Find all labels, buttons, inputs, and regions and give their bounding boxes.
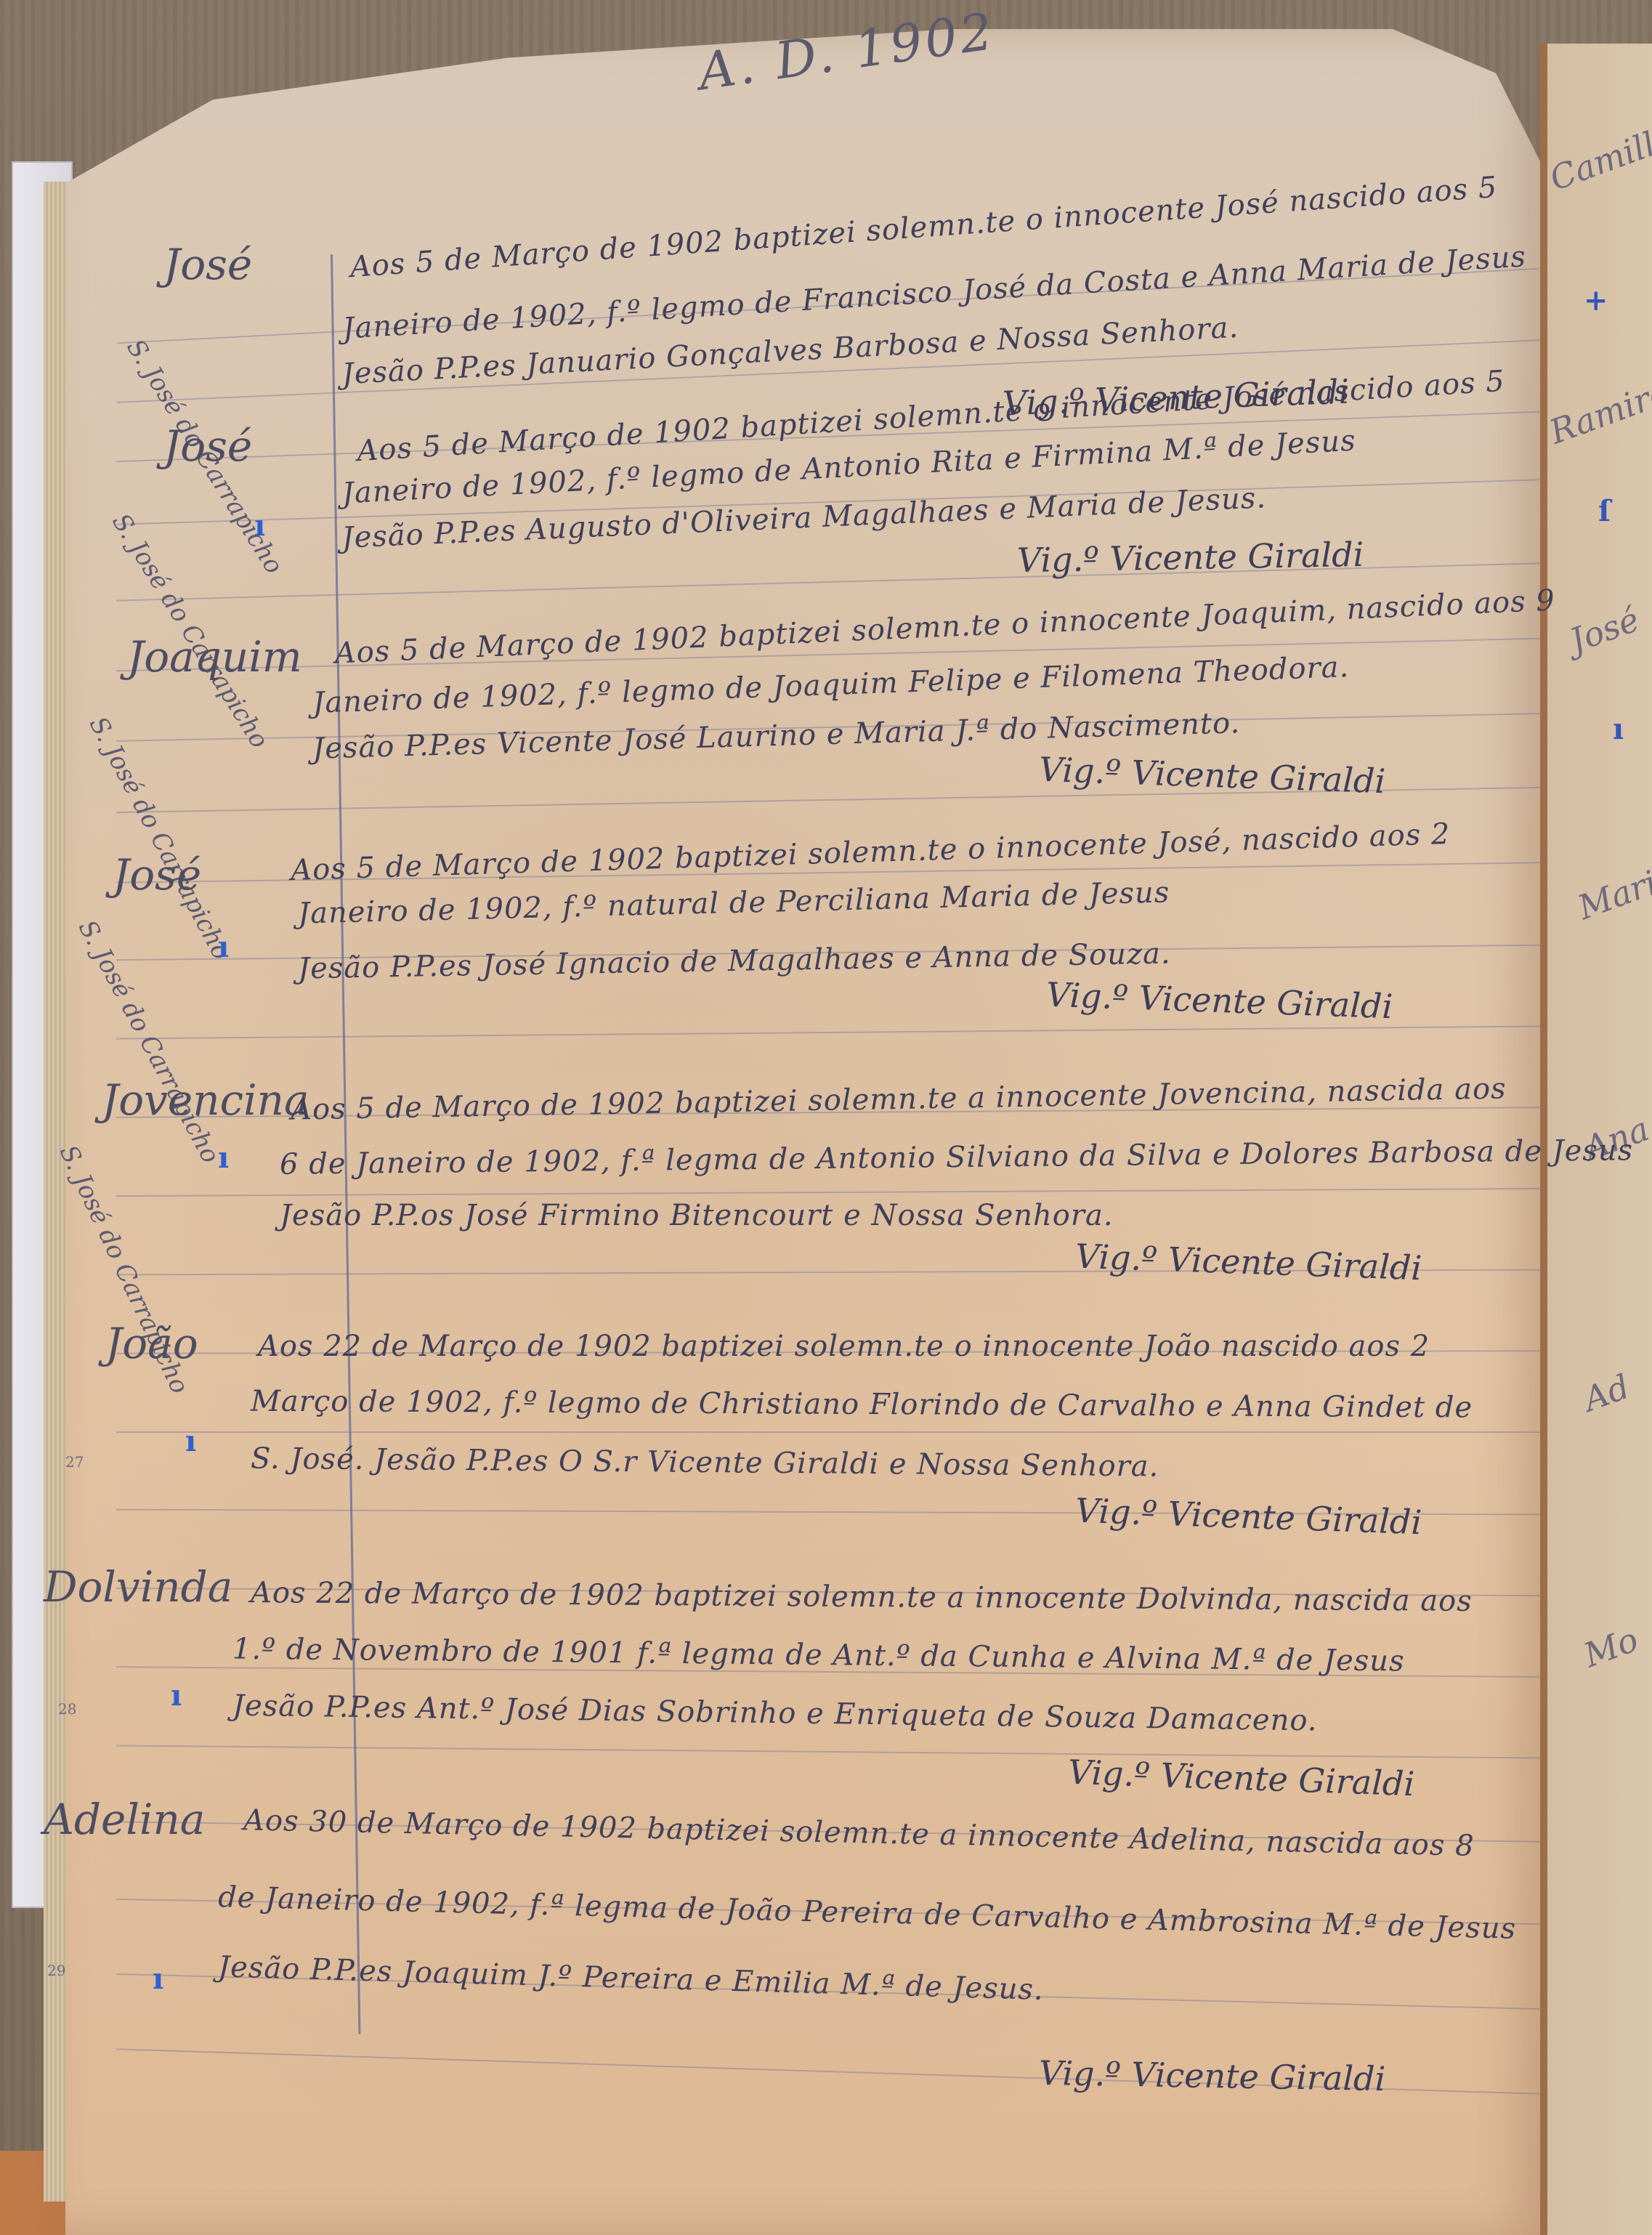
- facing-margin-name: José: [1565, 599, 1645, 660]
- row-number: 27: [65, 1453, 84, 1471]
- entry-name: José: [163, 240, 252, 289]
- row-number: 28: [58, 1700, 76, 1718]
- blue-mark-icon: ı: [171, 1678, 182, 1713]
- entry-name: José: [113, 850, 201, 900]
- facing-margin-name: Ramiro: [1544, 372, 1652, 451]
- entry-line: Jesão P.P.os José Firmino Bitencourt e N…: [280, 1199, 1114, 1232]
- priest-signature: Vig.º Vicente Giraldi: [1039, 2053, 1386, 2098]
- blue-mark-icon: ſ: [1598, 494, 1611, 528]
- entry-line: Março de 1902, f.º legmo de Christiano F…: [251, 1385, 1473, 1425]
- facing-margin-name: Ad: [1579, 1367, 1635, 1419]
- entry-name: Adelina: [44, 1795, 205, 1844]
- blue-mark-icon: +: [1584, 283, 1608, 318]
- entry-name: Joaquim: [127, 632, 302, 682]
- blue-mark-icon: ı: [153, 1962, 163, 1996]
- entry-line: Aos 22 de Março de 1902 baptizei solemn.…: [258, 1330, 1430, 1363]
- blue-mark-icon: ı: [218, 1141, 229, 1175]
- blue-mark-icon: ı: [254, 509, 265, 543]
- blue-mark-icon: ı: [218, 930, 229, 964]
- entry-name: Dolvinda: [44, 1562, 232, 1612]
- blue-mark-icon: ı: [1613, 712, 1624, 746]
- priest-signature: Vig.º Vicente Giraldi: [1017, 535, 1364, 580]
- row-number: 29: [47, 1962, 65, 1979]
- facing-margin-name: Maria: [1573, 856, 1652, 927]
- entry-name: José: [163, 421, 252, 471]
- blue-mark-icon: ı: [185, 1424, 196, 1458]
- facing-margin-name: Mo: [1579, 1620, 1643, 1675]
- facing-margin-name: Camillo: [1544, 117, 1652, 198]
- entry-name: Jovencina: [102, 1075, 309, 1125]
- entry-name: João: [105, 1319, 198, 1368]
